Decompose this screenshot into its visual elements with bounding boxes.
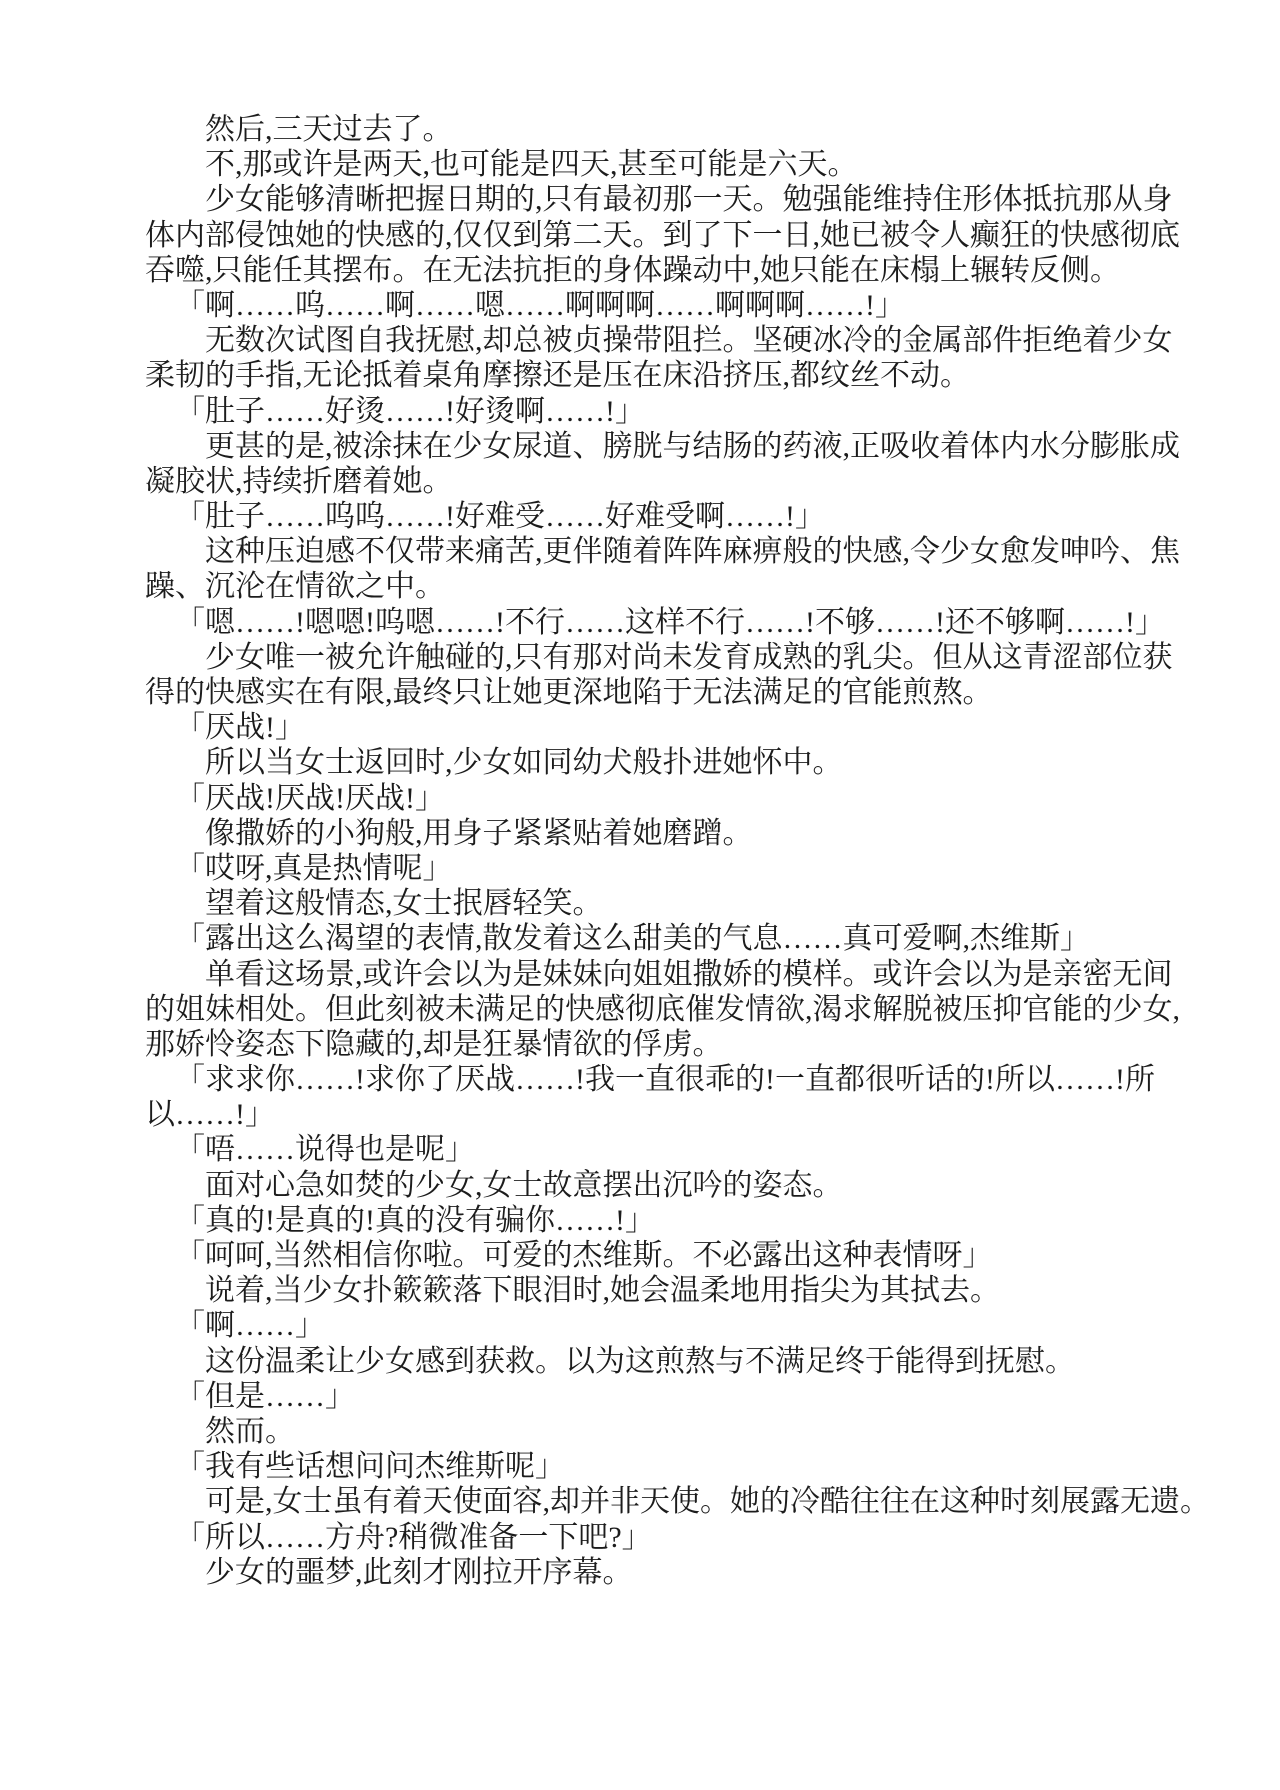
text-line: 望着这般情态,女士抿唇轻笑。 <box>145 886 1155 921</box>
text-line: 这份温柔让少女感到获救。以为这煎熬与不满足终于能得到抚慰。 <box>145 1344 1155 1379</box>
text-line: 体内部侵蚀她的快感的,仅仅到第二天。到了下一日,她已被令人癫狂的快感彻底 <box>145 218 1155 253</box>
text-line: 「呵呵,当然相信你啦。可爱的杰维斯。不必露出这种表情呀」 <box>145 1238 1155 1273</box>
text-line: 这种压迫感不仅带来痛苦,更伴随着阵阵麻痹般的快感,令少女愈发呻吟、焦 <box>145 534 1155 569</box>
text-line: 「厌战!厌战!厌战!」 <box>145 781 1155 816</box>
text-line: 「肚子……呜呜……!好难受……好难受啊……!」 <box>145 499 1155 534</box>
text-line: 「露出这么渴望的表情,散发着这么甜美的气息……真可爱啊,杰维斯」 <box>145 921 1155 956</box>
text-line: 「真的!是真的!真的没有骗你……!」 <box>145 1203 1155 1238</box>
text-line: 「肚子……好烫……!好烫啊……!」 <box>145 394 1155 429</box>
text-line: 「我有些话想问问杰维斯呢」 <box>145 1449 1155 1484</box>
text-line: 以……!」 <box>145 1097 1155 1132</box>
text-line: 的姐妹相处。但此刻被未满足的快感彻底催发情欲,渴求解脱被压抑官能的少女, <box>145 992 1155 1027</box>
text-line: 不,那或许是两天,也可能是四天,甚至可能是六天。 <box>145 147 1155 182</box>
text-line: 更甚的是,被涂抹在少女尿道、膀胱与结肠的药液,正吸收着体内水分膨胀成 <box>145 429 1155 464</box>
text-line: 然后,三天过去了。 <box>145 112 1155 147</box>
text-line: 所以当女士返回时,少女如同幼犬般扑进她怀中。 <box>145 745 1155 780</box>
text-line: 然而。 <box>145 1414 1155 1449</box>
text-line: 像撒娇的小狗般,用身子紧紧贴着她磨蹭。 <box>145 816 1155 851</box>
text-line: 单看这场景,或许会以为是妹妹向姐姐撒娇的模样。或许会以为是亲密无间 <box>145 957 1155 992</box>
text-line: 无数次试图自我抚慰,却总被贞操带阻拦。坚硬冰冷的金属部件拒绝着少女 <box>145 323 1155 358</box>
text-line: 「啊……」 <box>145 1308 1155 1343</box>
text-line: 「厌战!」 <box>145 710 1155 745</box>
text-line: 可是,女士虽有着天使面容,却并非天使。她的冷酷往往在这种时刻展露无遗。 <box>145 1484 1155 1519</box>
text-line: 「唔……说得也是呢」 <box>145 1132 1155 1167</box>
text-line: 「哎呀,真是热情呢」 <box>145 851 1155 886</box>
text-line: 「嗯……!嗯嗯!呜嗯……!不行……这样不行……!不够……!还不够啊……!」 <box>145 605 1155 640</box>
text-line: 少女唯一被允许触碰的,只有那对尚未发育成熟的乳尖。但从这青涩部位获 <box>145 640 1155 675</box>
text-line: 少女能够清晰把握日期的,只有最初那一天。勉强能维持住形体抵抗那从身 <box>145 182 1155 217</box>
text-line: 「所以……方舟?稍微准备一下吧?」 <box>145 1520 1155 1555</box>
text-line: 面对心急如焚的少女,女士故意摆出沉吟的姿态。 <box>145 1168 1155 1203</box>
text-line: 吞噬,只能任其摆布。在无法抗拒的身体躁动中,她只能在床榻上辗转反侧。 <box>145 253 1155 288</box>
text-block: 然后,三天过去了。不,那或许是两天,也可能是四天,甚至可能是六天。少女能够清晰把… <box>145 112 1155 1590</box>
text-line: 凝胶状,持续折磨着她。 <box>145 464 1155 499</box>
text-line: 「啊……呜……啊……嗯……啊啊啊……啊啊啊……!」 <box>145 288 1155 323</box>
text-line: 少女的噩梦,此刻才刚拉开序幕。 <box>145 1555 1155 1590</box>
text-line: 那娇怜姿态下隐藏的,却是狂暴情欲的俘虏。 <box>145 1027 1155 1062</box>
document-page: 然后,三天过去了。不,那或许是两天,也可能是四天,甚至可能是六天。少女能够清晰把… <box>0 0 1280 1790</box>
text-line: 柔韧的手指,无论抵着桌角摩擦还是压在床沿挤压,都纹丝不动。 <box>145 358 1155 393</box>
text-line: 躁、沉沦在情欲之中。 <box>145 569 1155 604</box>
text-line: 「但是……」 <box>145 1379 1155 1414</box>
text-line: 「求求你……!求你了厌战……!我一直很乖的!一直都很听话的!所以……!所 <box>145 1062 1155 1097</box>
text-line: 说着,当少女扑簌簌落下眼泪时,她会温柔地用指尖为其拭去。 <box>145 1273 1155 1308</box>
text-line: 得的快感实在有限,最终只让她更深地陷于无法满足的官能煎熬。 <box>145 675 1155 710</box>
